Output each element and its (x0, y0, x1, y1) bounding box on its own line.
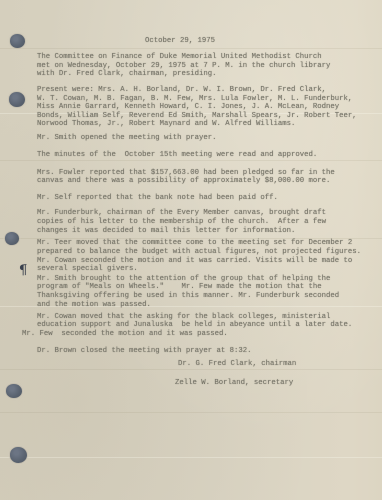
paragraph-minutes-approved: The minutes of the October 15th meeting … (37, 151, 367, 160)
scan-streak (0, 457, 382, 458)
scan-streak (0, 412, 382, 413)
hole-punch-1 (10, 34, 25, 48)
date-heading: October 29, 1975 (145, 37, 367, 46)
hole-punch-2 (9, 92, 25, 107)
paragraph-meals-on-wheels: Mr. Smith brought to the attention of th… (37, 275, 367, 309)
paragraph-opening-prayer: Mr. Smith opened the meeting with prayer… (37, 134, 367, 143)
paragraph-committee-intro: The Committee on Finance of Duke Memoria… (37, 53, 367, 79)
document-page: ¶ October 29, 1975 The Committee on Fina… (0, 0, 382, 500)
handwritten-paragraph-mark-icon: ¶ (19, 263, 27, 279)
hole-punch-3 (5, 232, 19, 245)
paragraph-closing-prayer: Dr. Brown closed the meeting with prayer… (37, 347, 367, 356)
paragraph-black-colleges-motion: Mr. Cowan moved that the asking for the … (37, 313, 367, 330)
signature-secretary: Zelle W. Borland, secretary (175, 379, 367, 388)
paragraph-pledge-report: Mrs. Fowler reported that $157,663.00 ha… (37, 169, 367, 186)
typewritten-text-block: October 29, 1975 The Committee on Financ… (37, 0, 367, 387)
hole-punch-5 (10, 447, 27, 463)
signature-chairman: Dr. G. Fred Clark, chairman (178, 360, 367, 369)
hole-punch-4 (6, 384, 22, 398)
paragraph-attendees: Present were: Mrs. A. H. Borland, Dr. W.… (37, 86, 367, 129)
paragraph-black-colleges-motion-outdent-line: Mr. Few seconded the motion and it was p… (22, 330, 367, 339)
paragraph-bank-note: Mr. Self reported that the bank note had… (37, 194, 367, 203)
paragraph-canvas-letter: Mr. Funderburk, chairman of the Every Me… (37, 209, 367, 235)
paragraph-december-meeting-motion: Mr. Teer moved that the committee come t… (37, 239, 367, 273)
